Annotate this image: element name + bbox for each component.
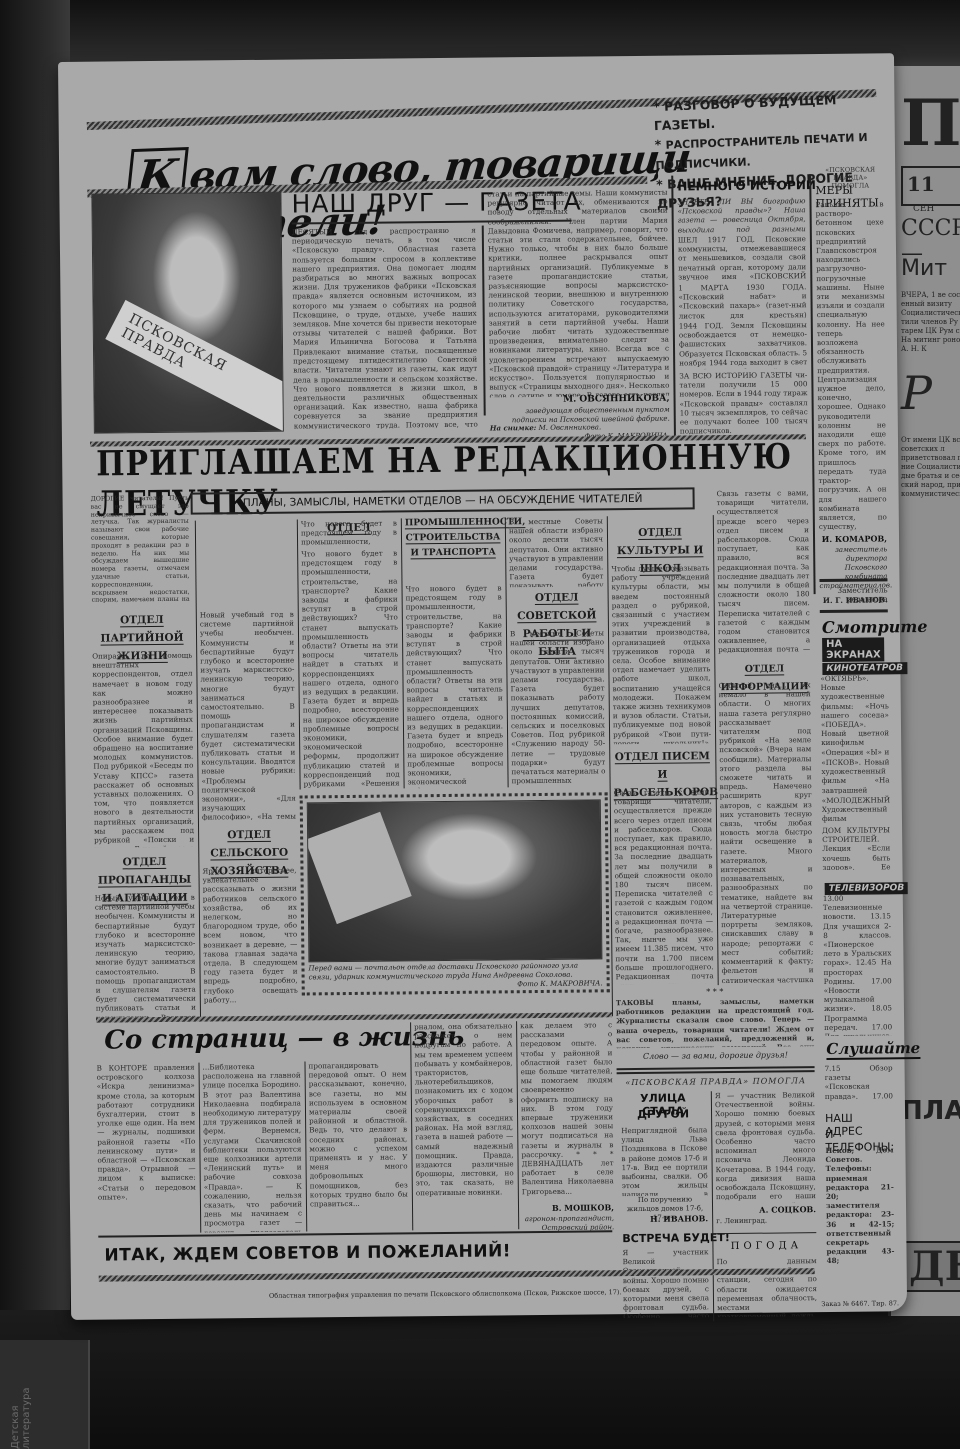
dept-industry-heading-full: ПРОМЫШЛЕННОСТИ, СТРОИТЕЛЬСТВА И ТРАНСПОР…: [405, 515, 501, 561]
radio-schedule: 7.15 Обзор газеты «Псковская правда». 17…: [825, 1063, 893, 1102]
dept-industry-text: Что нового будет в предстоящем году в пр…: [301, 548, 400, 789]
measures-author: И. КОМАРОВ,: [819, 533, 887, 544]
tv-logo: ТЕЛЕВИЗОРОВ: [825, 875, 909, 895]
dept-soviet-lead: В местные Советы нашей области избрано о…: [509, 516, 604, 587]
weather-text: По данным метеорологической станции, сег…: [717, 1256, 818, 1317]
history-item: 1 МАРТА 1930 ГОДА. «Псковский набат» и «…: [678, 282, 806, 319]
cinema-listing: ДОМ КУЛЬТУРЫ СТРОИТЕЛЕЙ. Лекция «Если хо…: [822, 825, 890, 870]
dept-propaganda-title: ОТДЕЛ ПРОПАГАНДЫ: [94, 853, 194, 890]
street-text: Неприглядной была улица Льва Позднякова …: [621, 1125, 708, 1196]
history-intro: ЗНАЕТЕ ЛИ ВЫ биографию «Псковской правды…: [677, 196, 805, 233]
next-page-text: ВЧЕРА, 1 ве состо енный визиту Социалист…: [901, 291, 960, 351]
portrait-photo: ПСКОВСКАЯ ПРАВДА: [91, 192, 284, 434]
dept-industry-text-2: Что нового будет в предстоящем году в пр…: [405, 583, 503, 788]
floor-book-title: Детская литература: [10, 1370, 32, 1449]
letuchka-closing: ТАКОВЫ планы, замыслы, наметки работнико…: [616, 996, 815, 1048]
mail-carrier-photo-credit: Фото К. МАКРОВИЧА.: [309, 979, 603, 991]
next-page-dateline: 11 СЕН: [901, 166, 960, 206]
photo-newspapers-prop: [307, 812, 412, 924]
meeting-author: А. СОЦКОВ.: [716, 1204, 816, 1215]
column-divider: [297, 520, 301, 790]
imprint: Областная типография управления по печат…: [269, 1288, 669, 1301]
column-divider: [505, 517, 509, 787]
floor-shadow: [0, 1310, 960, 1449]
meeting-city: г. Ленинград.: [716, 1216, 816, 1226]
history-headline: НЕМНОГО ИСТОРИИ: [677, 178, 816, 193]
dept-propaganda-text-cont: Новый учебный год в системе партийной уч…: [200, 610, 296, 821]
dept-agriculture-text: Ярче, интереснее, увлекательнее рассказы…: [202, 866, 298, 1017]
column-divider: [711, 1091, 714, 1321]
next-page-big-letter: Р: [901, 366, 960, 420]
next-page-issue-number: 11: [907, 172, 935, 196]
weather-headline: ПОГОДА: [716, 1240, 816, 1252]
floor-book: Детская литература: [0, 1340, 90, 1449]
column-divider: [198, 1063, 201, 1233]
mail-carrier-photo-frame: Перед вами — почтальон отдела доставки П…: [300, 792, 610, 995]
masthead-bullet-text: РАЗГОВОР О БУДУЩЕМ ГАЗЕТЫ.: [654, 92, 837, 133]
tv-schedule: 13.00 Телевизионные новости. 13.15 Для у…: [823, 893, 892, 1036]
dept-letters-title: ОТДЕЛ ПИСЕМ: [613, 747, 711, 766]
meeting-headline: ВСТРЕЧА БУДЕТ!: [622, 1231, 730, 1245]
friend-article-col1b: Привлекают внимание статьи, посвященные …: [293, 346, 478, 430]
meeting-text-cont: Я — участник Великой Отечественной войны…: [715, 1090, 816, 1203]
dept-soviet-title: ОТДЕЛ СОВЕТСКОЙ: [510, 588, 604, 625]
letuchka-closing-sign: Слово — за вами, дорогие друзья!: [616, 1050, 814, 1061]
from-pages-col4: рналом, она обязательно расскажет о нем …: [414, 1021, 514, 1230]
from-pages-signature: В. МОШКОВ,: [522, 1202, 614, 1213]
dept-agriculture-title: ОТДЕЛ СЕЛЬСКОГО: [202, 826, 296, 863]
dept-culture-text: Чтобы лучше показывать работу учреждений…: [611, 563, 711, 744]
section-rule: [617, 1070, 815, 1074]
dept-soviet-text: В местные Советы нашей области избрано о…: [510, 628, 606, 787]
next-page-date: СЕН: [913, 204, 934, 214]
next-page-headline-plan: ПЛА: [901, 1096, 960, 1126]
dept-propaganda-text: Новый учебный год в системе партийной уч…: [95, 893, 196, 1018]
dept-info-text: Событий дни... Их немало в нашей области…: [719, 680, 814, 983]
closing-banner: ИТАК, ЖДЕМ СОВЕТОВ И ПОЖЕЛАНИЙ!: [104, 1241, 511, 1265]
dept-letters-text: Связь газеты с вами, товарищи читатели, …: [614, 787, 714, 984]
column-divider: [304, 1061, 307, 1231]
caption-text: М. Овсянникова.: [539, 423, 602, 432]
street-headline-2: ДРУГОЙ: [621, 1107, 705, 1121]
section-rule: [820, 609, 888, 613]
newspaper-page: Квам слово, товарищи читатели! * РАЗГОВО…: [58, 53, 907, 1320]
address-phones: Псков, Дом Советов. Телефоны: приемная р…: [825, 1145, 894, 1266]
cinema-listing: «ПСКОВ». Новый художественный фильм «На …: [821, 757, 889, 794]
dept-party-text: Опираясь на помощь внештатных корреспонд…: [92, 651, 194, 848]
cinema-listing: «ОКТЯБРЬ». Новые художественные фильмы: …: [820, 673, 888, 718]
history-item: 1944 ГОД. Земля Псковщины освобождается …: [679, 320, 807, 369]
column-divider: [195, 521, 201, 1021]
next-page-headline-meeting: Мит: [901, 256, 960, 281]
cinema-listing: «МОЛОДЕЖНЫЙ». Художественный фильм «Джун…: [822, 795, 890, 824]
radio-logo: Слушайте: [826, 1039, 920, 1060]
mail-carrier-photo: [307, 799, 603, 962]
section-rule: [716, 1232, 816, 1234]
friend-article-author: М. ОВСЯННИКОВА,: [490, 394, 670, 406]
dept-industry-heading: ОТДЕЛ: [301, 518, 397, 537]
dept-letters-text-cont: Связь газеты с вами, товарищи читатели, …: [717, 488, 811, 655]
from-pages-col3: пропагандировать передовой опыт. О нем р…: [308, 1060, 408, 1231]
street-rubric: «ПСКОВСКАЯ ПРАВДА» ПОМОГЛА: [617, 1076, 815, 1087]
meeting-text: Я — участник Великой Отечественной войны…: [622, 1247, 709, 1318]
caption-label: На снимке:: [490, 423, 537, 432]
from-pages-col1: В КОНТОРЕ правления островского колхоза …: [96, 1063, 196, 1234]
order-number: Заказ № 6467. Тир. 87.: [809, 1299, 899, 1309]
dept-industry-title: ОТДЕЛ: [301, 518, 397, 537]
column-divider: [516, 1021, 519, 1229]
star-icon: *: [654, 137, 661, 152]
star-icon: *: [653, 99, 660, 114]
street-author: Н. ИВАНОВ.: [622, 1213, 708, 1224]
newspaper-content: Квам слово, товарищи читатели! * РАЗГОВО…: [86, 73, 876, 81]
friend-article-col2: статьи на партийные темы. Наши коммунист…: [487, 188, 669, 398]
next-page-title-fragment: П: [901, 86, 960, 161]
dept-culture-title: ОТДЕЛ: [611, 523, 709, 542]
from-pages-col5: как делаем это с рассказами о передовом …: [520, 1020, 614, 1201]
column-divider: [410, 1022, 413, 1230]
photo-newspaper-prop: ПСКОВСКАЯ ПРАВДА: [105, 300, 284, 431]
deputy-editor-name: И. Г. ИВАНОВ.: [820, 595, 888, 605]
cinemas-logo: КИНОТЕАТРОВ: [822, 655, 907, 675]
cinema-banner-script: Смотрите: [822, 617, 928, 637]
history-item: ЗА ВСЮ ИСТОРИЮ ГАЗЕТЫ чи-татели получили…: [679, 370, 808, 435]
column-divider: [401, 518, 405, 788]
cinema-listing: «ПОБЕДА». Новый цветной кинофильм «Опера…: [821, 719, 889, 756]
next-page-bottom-logo: ДН: [901, 1241, 960, 1292]
dept-party-title: ОТДЕЛ ПАРТИЙНОЙ: [92, 611, 192, 648]
friend-article-col1: ДЕСЯТЫЙ год распространяю я периодическу…: [292, 226, 477, 346]
measures-author-title: заместитель директора Псковского комбина…: [819, 545, 887, 591]
history-item: ШЕЛ 1917 ГОД. Псковские коммунисты, отме…: [678, 234, 806, 281]
photo-background: Детская литература П 11 СЕН СССР — Мит В…: [0, 0, 960, 1449]
from-pages-col2: ...Библиотека расположена на главной ули…: [202, 1062, 302, 1233]
dept-industry-subtitle: ПРОМЫШЛЕННОСТИ, СТРОИТЕЛЬСТВА И ТРАНСПОР…: [405, 515, 501, 561]
letuchka-subhead: ПЛАНЫ, ЗАМЫСЛЫ, НАМЕТКИ ОТДЕЛОВ — НА ОБС…: [193, 489, 693, 512]
column-divider: [809, 174, 815, 594]
next-page-text-2: От имени ЦК всех советских л приветствов…: [901, 436, 960, 556]
column-divider: [482, 226, 486, 416]
letuchka-intro: ДОРОГИЕ читатели! Пусть вас не смущает э…: [91, 495, 190, 604]
